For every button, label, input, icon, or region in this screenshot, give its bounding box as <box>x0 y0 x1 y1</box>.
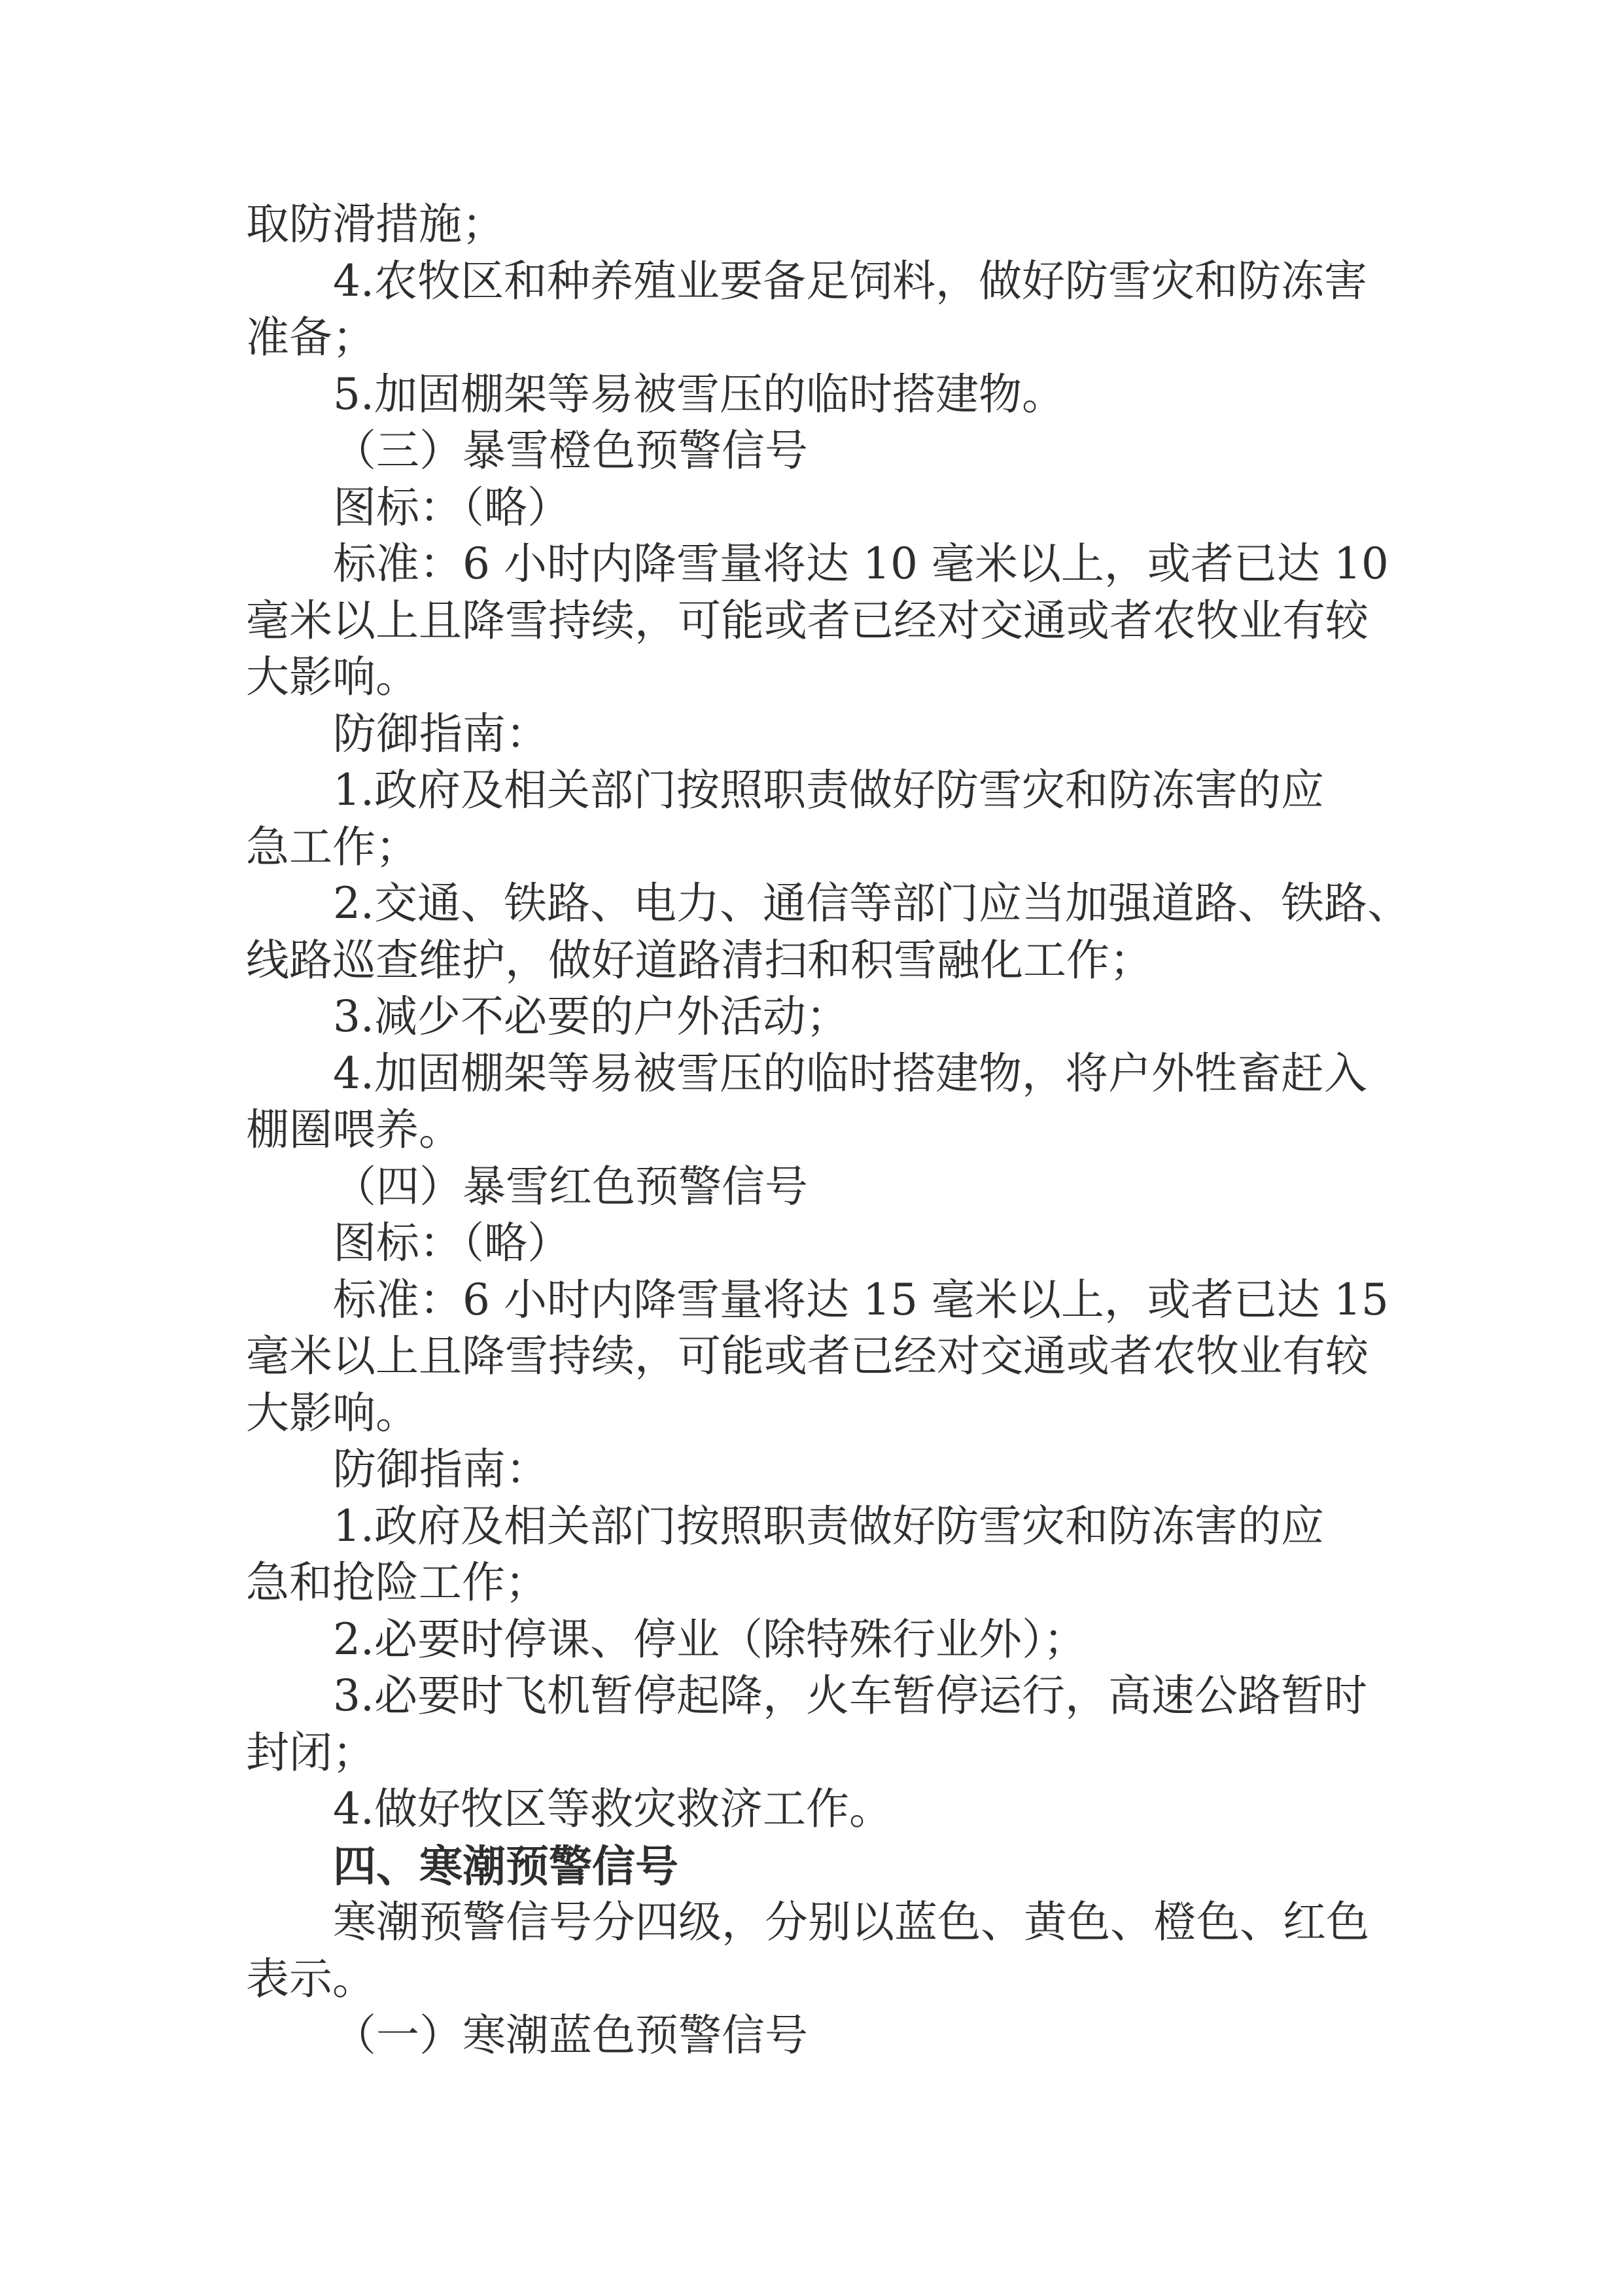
document-page: 取防滑措施； 4.农牧区和种养殖业要备足饲料，做好防雪灾和防冻害 准备； 5.加… <box>246 196 1381 2064</box>
text-line: 线路巡查维护，做好道路清扫和积雪融化工作； <box>246 932 1381 989</box>
text-line: 表示。 <box>246 1951 1381 2008</box>
list-item: 4.农牧区和种养殖业要备足饲料，做好防雪灾和防冻害 <box>246 253 1381 310</box>
text-line: 准备； <box>246 309 1381 366</box>
section-heading: 四、寒潮预警信号 <box>246 1838 1381 1895</box>
icon-note: 图标：（略） <box>246 480 1381 537</box>
subsection-heading: （三）暴雪橙色预警信号 <box>246 423 1381 480</box>
text-line: 大影响。 <box>246 649 1381 706</box>
icon-note: 图标：（略） <box>246 1215 1381 1272</box>
list-item: 4.加固棚架等易被雪压的临时搭建物，将户外牲畜赶入 <box>246 1046 1381 1103</box>
text-line: 毫米以上且降雪持续，可能或者已经对交通或者农牧业有较 <box>246 593 1381 650</box>
text-line: 急工作； <box>246 819 1381 876</box>
list-item: 2.必要时停课、停业（除特殊行业外）； <box>246 1612 1381 1669</box>
list-item: 1.政府及相关部门按照职责做好防雪灾和防冻害的应 <box>246 762 1381 819</box>
list-item: 2.交通、铁路、电力、通信等部门应当加强道路、铁路、 <box>246 875 1381 932</box>
subsection-heading: （四）暴雪红色预警信号 <box>246 1159 1381 1216</box>
paragraph-text: 寒潮预警信号分四级，分别以蓝色、黄色、橙色、红色 <box>246 1894 1381 1951</box>
text-line: 大影响。 <box>246 1385 1381 1442</box>
text-line: 取防滑措施； <box>246 196 1381 253</box>
text-line: 封闭； <box>246 1725 1381 1782</box>
list-item: 5.加固棚架等易被雪压的临时搭建物。 <box>246 366 1381 423</box>
standard-text: 标准：6 小时内降雪量将达 15 毫米以上，或者已达 15 <box>246 1272 1381 1329</box>
list-item: 3.减少不必要的户外活动； <box>246 989 1381 1046</box>
list-item: 1.政府及相关部门按照职责做好防雪灾和防冻害的应 <box>246 1498 1381 1555</box>
standard-text: 标准：6 小时内降雪量将达 10 毫米以上，或者已达 10 <box>246 536 1381 593</box>
text-line: 毫米以上且降雪持续，可能或者已经对交通或者农牧业有较 <box>246 1328 1381 1385</box>
guide-label: 防御指南： <box>246 1441 1381 1498</box>
subsection-heading: （一）寒潮蓝色预警信号 <box>246 2007 1381 2064</box>
text-line: 急和抢险工作； <box>246 1555 1381 1612</box>
guide-label: 防御指南： <box>246 706 1381 763</box>
list-item: 4.做好牧区等救灾救济工作。 <box>246 1781 1381 1838</box>
text-line: 棚圈喂养。 <box>246 1102 1381 1159</box>
list-item: 3.必要时飞机暂停起降，火车暂停运行，高速公路暂时 <box>246 1668 1381 1725</box>
